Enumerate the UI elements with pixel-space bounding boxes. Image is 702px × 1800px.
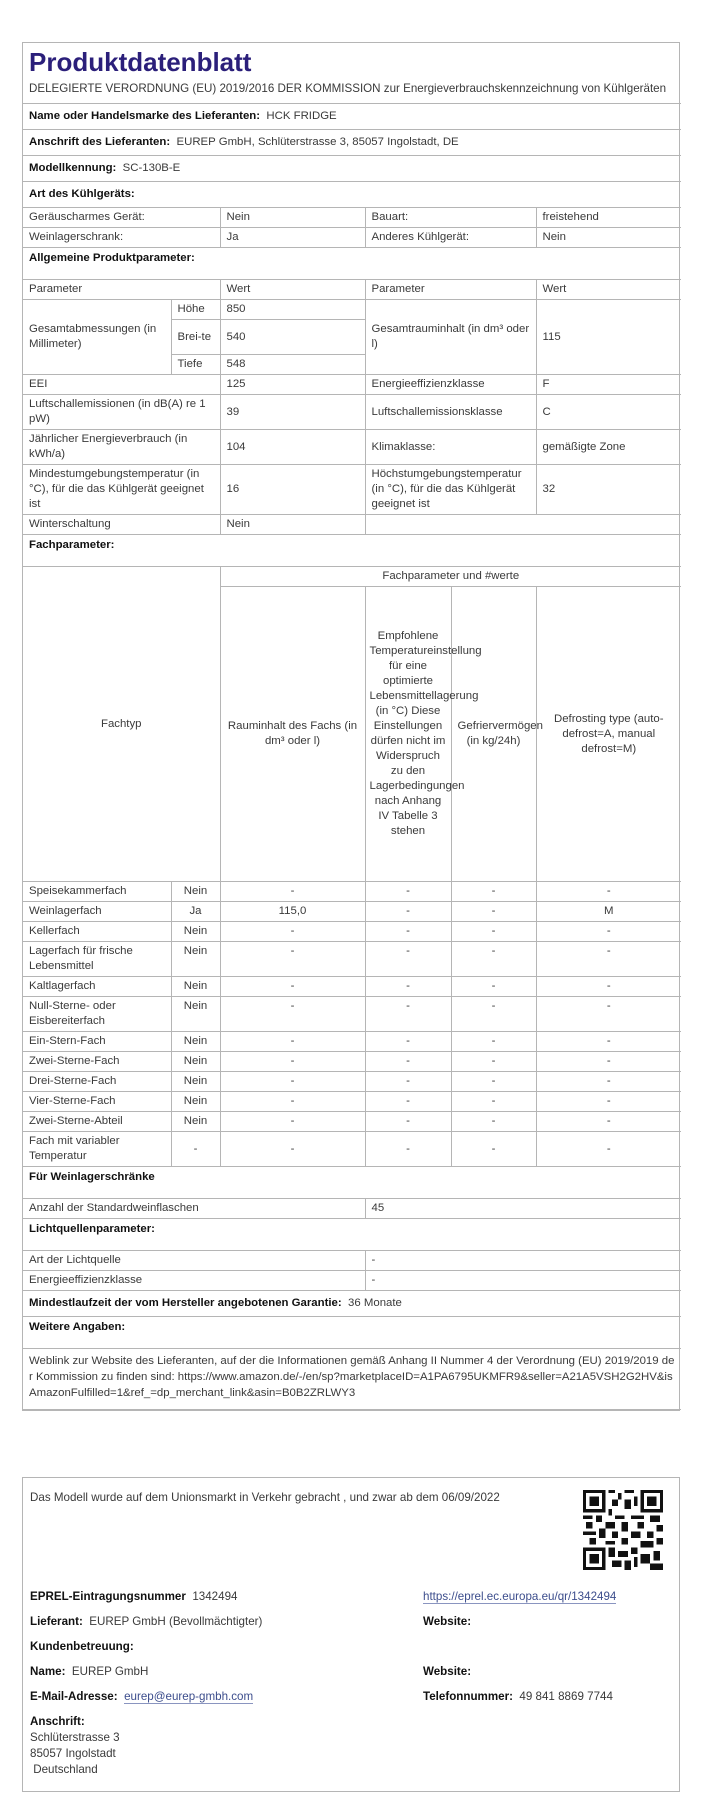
- col-parameter: Parameter: [365, 280, 536, 300]
- table-row: Anzahl der Standardweinflaschen 45: [23, 1199, 681, 1219]
- climate-class-label: Klimaklasse:: [365, 430, 536, 465]
- table-row: Lagerfach für frische LebensmittelNein--…: [23, 942, 681, 977]
- col-value: Wert: [536, 280, 681, 300]
- address-label: Anschrift:: [30, 1714, 120, 1730]
- compartment-defrost: -: [536, 882, 681, 902]
- compartment-volume: -: [220, 942, 365, 977]
- compartment-temp: -: [365, 942, 451, 977]
- compartment-freeze: -: [451, 1032, 536, 1052]
- compartment-defrost: -: [536, 1052, 681, 1072]
- supplier-row: Lieferant: EUREP GmbH (Bevollmächtigter): [30, 1615, 262, 1628]
- eprel-info-box: Das Modell wurde auf dem Unionsmarkt in …: [22, 1477, 680, 1792]
- compartment-defrost: M: [536, 902, 681, 922]
- dimensions-label: Gesamtabmessungen (in Millimeter): [23, 300, 171, 375]
- noise-class-label: Luftschallemissionsklasse: [365, 395, 536, 430]
- compartment-type: Speisekammerfach: [23, 882, 171, 902]
- compartment-present: Nein: [171, 1092, 220, 1112]
- compartment-temp: -: [365, 1052, 451, 1072]
- warranty-value: 36 Monate: [348, 1297, 402, 1309]
- supplier-address-value: EUREP GmbH, Schlüterstrasse 3, 85057 Ing…: [177, 136, 459, 148]
- supplier-name-row: Name oder Handelsmarke des Lieferanten: …: [23, 104, 681, 130]
- table-row: Ein-Stern-FachNein----: [23, 1032, 681, 1052]
- compartment-freeze: -: [451, 942, 536, 977]
- compartment-type: Ein-Stern-Fach: [23, 1032, 171, 1052]
- compartment-temp: -: [365, 1112, 451, 1132]
- table-row: Zwei-Sterne-AbteilNein----: [23, 1112, 681, 1132]
- data-sheet-table: Produktdatenblatt DELEGIERTE VERORDNUNG …: [23, 43, 681, 1410]
- product-data-sheet: Produktdatenblatt DELEGIERTE VERORDNUNG …: [22, 42, 680, 1411]
- col-group-header: Fachparameter und #werte: [220, 567, 681, 587]
- supplier-name-label: Name oder Handelsmarke des Lieferanten:: [29, 110, 260, 122]
- light-heading: Lichtquellenparameter:: [23, 1219, 681, 1251]
- name-value: EUREP GmbH: [72, 1665, 148, 1678]
- col-recommended-temp: Empfohlene Temperatureinstellung für ein…: [365, 587, 451, 882]
- eprel-link[interactable]: https://eprel.ec.europa.eu/qr/1342494: [423, 1590, 616, 1604]
- col-freezing-capacity: Gefriervermögen (in kg/24h): [451, 587, 536, 882]
- compartment-temp: -: [365, 1132, 451, 1167]
- model-row: Modellkennung: SC-130B-E: [23, 156, 681, 182]
- compartment-defrost: -: [536, 942, 681, 977]
- low-noise-label: Geräuscharmes Gerät:: [23, 208, 220, 228]
- email-link[interactable]: eurep@eurep-gmbh.com: [124, 1690, 253, 1704]
- eei-label: EEI: [23, 375, 220, 395]
- compartment-defrost: -: [536, 1112, 681, 1132]
- max-temp-label: Höchstumgebungstemperatur (in °C), für d…: [365, 465, 536, 515]
- compartment-volume: -: [220, 1052, 365, 1072]
- light-class-value: -: [365, 1271, 681, 1291]
- winter-switch-value: Nein: [220, 515, 365, 535]
- market-date-text: Das Modell wurde auf dem Unionsmarkt in …: [30, 1491, 500, 1504]
- compartment-present: Nein: [171, 882, 220, 902]
- compartment-temp: -: [365, 1032, 451, 1052]
- compartment-type: Lagerfach für frische Lebensmittel: [23, 942, 171, 977]
- supplier-label: Lieferant:: [30, 1615, 83, 1628]
- height-value: 850: [220, 300, 365, 320]
- compartment-type: Zwei-Sterne-Abteil: [23, 1112, 171, 1132]
- model-label: Modellkennung:: [29, 162, 116, 174]
- address-line: Schlüterstrasse 3: [30, 1730, 120, 1746]
- table-row: Art der Lichtquelle -: [23, 1251, 681, 1271]
- compartment-volume: -: [220, 882, 365, 902]
- compartment-temp: -: [365, 1072, 451, 1092]
- table-row: Energieeffizienzklasse -: [23, 1271, 681, 1291]
- table-row: Fach mit variabler Temperatur-----: [23, 1132, 681, 1167]
- compartment-temp: -: [365, 922, 451, 942]
- phone-row: Telefonnummer: 49 841 8869 7744: [423, 1690, 613, 1703]
- table-row: Drei-Sterne-FachNein----: [23, 1072, 681, 1092]
- col-defrost-type: Defrosting type (auto-defrost=A, manual …: [536, 587, 681, 882]
- table-header-row: Parameter Wert Parameter Wert: [23, 280, 681, 300]
- col-parameter: Parameter: [23, 280, 220, 300]
- compartment-defrost: -: [536, 997, 681, 1032]
- min-temp-label: Mindestumgebungstemperatur (in °C), für …: [23, 465, 220, 515]
- compartment-present: Nein: [171, 977, 220, 997]
- depth-value: 548: [220, 355, 365, 375]
- website-label-2: Website:: [423, 1665, 471, 1678]
- noise-value: 39: [220, 395, 365, 430]
- compartment-freeze: -: [451, 1112, 536, 1132]
- compartment-volume: -: [220, 1032, 365, 1052]
- table-row: Null-Sterne- oder EisbereiterfachNein---…: [23, 997, 681, 1032]
- table-row: Zwei-Sterne-FachNein----: [23, 1052, 681, 1072]
- compartment-type: Null-Sterne- oder Eisbereiterfach: [23, 997, 171, 1032]
- compartment-temp: -: [365, 977, 451, 997]
- supplier-address-label: Anschrift des Lieferanten:: [29, 136, 170, 148]
- appliance-type-heading: Art des Kühlgeräts:: [23, 182, 681, 208]
- compartment-freeze: -: [451, 977, 536, 997]
- supplier-value: EUREP GmbH (Bevollmächtigter): [89, 1615, 262, 1628]
- compartment-freeze: -: [451, 997, 536, 1032]
- other-appliance-label: Anderes Kühlgerät:: [365, 228, 536, 248]
- compartment-type: Drei-Sterne-Fach: [23, 1072, 171, 1092]
- table-row: Vier-Sterne-FachNein----: [23, 1092, 681, 1112]
- warranty-row: Mindestlaufzeit der vom Hersteller angeb…: [23, 1291, 681, 1317]
- compartment-defrost: -: [536, 1092, 681, 1112]
- depth-label: Tiefe: [171, 355, 220, 375]
- compartment-present: -: [171, 1132, 220, 1167]
- qr-code-icon[interactable]: [583, 1490, 663, 1570]
- page-title: Produktdatenblatt: [23, 43, 681, 79]
- volume-value: 115: [536, 300, 681, 375]
- compartment-freeze: -: [451, 1072, 536, 1092]
- model-value: SC-130B-E: [123, 162, 181, 174]
- col-value: Wert: [220, 280, 365, 300]
- compartment-volume: -: [220, 1072, 365, 1092]
- compartment-present: Nein: [171, 922, 220, 942]
- compartment-volume: 115,0: [220, 902, 365, 922]
- table-row: KellerfachNein----: [23, 922, 681, 942]
- compartment-defrost: -: [536, 977, 681, 997]
- table-row: Jährlicher Energieverbrauch (in kWh/a) 1…: [23, 430, 681, 465]
- compartment-type: Vier-Sterne-Fach: [23, 1092, 171, 1112]
- design-type-value: freistehend: [536, 208, 681, 228]
- compartment-present: Nein: [171, 1072, 220, 1092]
- compartment-freeze: -: [451, 922, 536, 942]
- compartment-volume: -: [220, 1132, 365, 1167]
- compartment-temp: -: [365, 902, 451, 922]
- table-row: SpeisekammerfachNein----: [23, 882, 681, 902]
- compartment-temp: -: [365, 882, 451, 902]
- compartment-type: Kellerfach: [23, 922, 171, 942]
- compartment-type: Kaltlagerfach: [23, 977, 171, 997]
- compartment-temp: -: [365, 997, 451, 1032]
- low-noise-value: Nein: [220, 208, 365, 228]
- customer-service-heading: Kundenbetreuung:: [30, 1640, 134, 1653]
- noise-label: Luftschallemissionen (in dB(A) re 1 pW): [23, 395, 220, 430]
- regulation-subtitle: DELEGIERTE VERORDNUNG (EU) 2019/2016 DER…: [23, 79, 681, 103]
- compartment-params-heading: Fachparameter:: [23, 535, 681, 567]
- energy-class-label: Energieeffizienzklasse: [365, 375, 536, 395]
- min-temp-value: 16: [220, 465, 365, 515]
- eei-value: 125: [220, 375, 365, 395]
- name-label: Name:: [30, 1665, 65, 1678]
- name-row: Name: EUREP GmbH: [30, 1665, 148, 1678]
- website-label: Website:: [423, 1615, 471, 1628]
- general-params-heading: Allgemeine Produktparameter:: [23, 248, 681, 280]
- annual-energy-value: 104: [220, 430, 365, 465]
- email-row: E-Mail-Adresse: eurep@eurep-gmbh.com: [30, 1690, 253, 1703]
- wine-cabinet-value: Ja: [220, 228, 365, 248]
- compartment-present: Nein: [171, 1052, 220, 1072]
- compartment-volume: -: [220, 997, 365, 1032]
- compartment-present: Nein: [171, 1032, 220, 1052]
- table-row: Luftschallemissionen (in dB(A) re 1 pW) …: [23, 395, 681, 430]
- col-compartment-type: Fachtyp: [23, 567, 220, 882]
- table-row: Geräuscharmes Gerät: Nein Bauart: freist…: [23, 208, 681, 228]
- width-value: 540: [220, 320, 365, 355]
- compartment-defrost: -: [536, 1132, 681, 1167]
- volume-label: Gesamtrauminhalt (in dm³ oder l): [365, 300, 536, 375]
- light-type-label: Art der Lichtquelle: [23, 1251, 365, 1271]
- further-info-heading: Weitere Angaben:: [23, 1317, 681, 1349]
- supplier-address-row: Anschrift des Lieferanten: EUREP GmbH, S…: [23, 130, 681, 156]
- warranty-label: Mindestlaufzeit der vom Hersteller angeb…: [29, 1297, 342, 1309]
- table-row: Mindestumgebungstemperatur (in °C), für …: [23, 465, 681, 515]
- winter-switch-label: Winterschaltung: [23, 515, 220, 535]
- other-appliance-value: Nein: [536, 228, 681, 248]
- compartment-defrost: -: [536, 922, 681, 942]
- compartment-type: Fach mit variabler Temperatur: [23, 1132, 171, 1167]
- compartment-volume: -: [220, 977, 365, 997]
- email-label: E-Mail-Adresse:: [30, 1690, 118, 1703]
- compartment-present: Nein: [171, 997, 220, 1032]
- table-row: WeinlagerfachJa115,0--M: [23, 902, 681, 922]
- compartment-type: Zwei-Sterne-Fach: [23, 1052, 171, 1072]
- compartment-freeze: -: [451, 1092, 536, 1112]
- compartment-present: Nein: [171, 942, 220, 977]
- compartment-freeze: -: [451, 882, 536, 902]
- supplier-name-value: HCK FRIDGE: [266, 110, 336, 122]
- annual-energy-label: Jährlicher Energieverbrauch (in kWh/a): [23, 430, 220, 465]
- table-header-row: Fachtyp Fachparameter und #werte: [23, 567, 681, 587]
- wine-cabinet-label: Weinlagerschrank:: [23, 228, 220, 248]
- compartment-present: Nein: [171, 1112, 220, 1132]
- table-row: Weinlagerschrank: Ja Anderes Kühlgerät: …: [23, 228, 681, 248]
- width-label: Brei-te: [171, 320, 220, 355]
- further-info-text: Weblink zur Website des Lieferanten, auf…: [23, 1349, 681, 1410]
- bottles-value: 45: [365, 1199, 681, 1219]
- table-row: KaltlagerfachNein----: [23, 977, 681, 997]
- max-temp-value: 32: [536, 465, 681, 515]
- climate-class-value: gemäßigte Zone: [536, 430, 681, 465]
- height-label: Höhe: [171, 300, 220, 320]
- table-row: Winterschaltung Nein: [23, 515, 681, 535]
- wine-heading: Für Weinlagerschränke: [23, 1167, 681, 1199]
- phone-value: 49 841 8869 7744: [519, 1690, 613, 1703]
- table-row: EEI 125 Energieeffizienzklasse F: [23, 375, 681, 395]
- bottles-label: Anzahl der Standardweinflaschen: [23, 1199, 365, 1219]
- compartment-volume: -: [220, 1112, 365, 1132]
- compartment-freeze: -: [451, 902, 536, 922]
- compartment-freeze: -: [451, 1052, 536, 1072]
- phone-label: Telefonnummer:: [423, 1690, 513, 1703]
- address-line: 85057 Ingolstadt: [30, 1746, 120, 1762]
- compartment-defrost: -: [536, 1032, 681, 1052]
- light-class-label: Energieeffizienzklasse: [23, 1271, 365, 1291]
- design-type-label: Bauart:: [365, 208, 536, 228]
- eprel-number-row: EPREL-Eintragungsnummer 1342494: [30, 1590, 237, 1603]
- table-row: Gesamtabmessungen (in Millimeter) Höhe 8…: [23, 300, 681, 320]
- compartment-present: Ja: [171, 902, 220, 922]
- compartment-defrost: -: [536, 1072, 681, 1092]
- light-type-value: -: [365, 1251, 681, 1271]
- eprel-label: EPREL-Eintragungsnummer: [30, 1590, 186, 1603]
- energy-class-value: F: [536, 375, 681, 395]
- address-line: Deutschland: [30, 1762, 120, 1778]
- address-block: Anschrift: Schlüterstrasse 3 85057 Ingol…: [30, 1714, 120, 1778]
- eprel-number: 1342494: [192, 1590, 237, 1603]
- noise-class-value: C: [536, 395, 681, 430]
- compartment-temp: -: [365, 1092, 451, 1112]
- compartment-type: Weinlagerfach: [23, 902, 171, 922]
- col-volume: Rauminhalt des Fachs (in dm³ oder l): [220, 587, 365, 882]
- empty-cell: [365, 515, 681, 535]
- compartment-volume: -: [220, 922, 365, 942]
- compartment-freeze: -: [451, 1132, 536, 1167]
- compartment-volume: -: [220, 1092, 365, 1112]
